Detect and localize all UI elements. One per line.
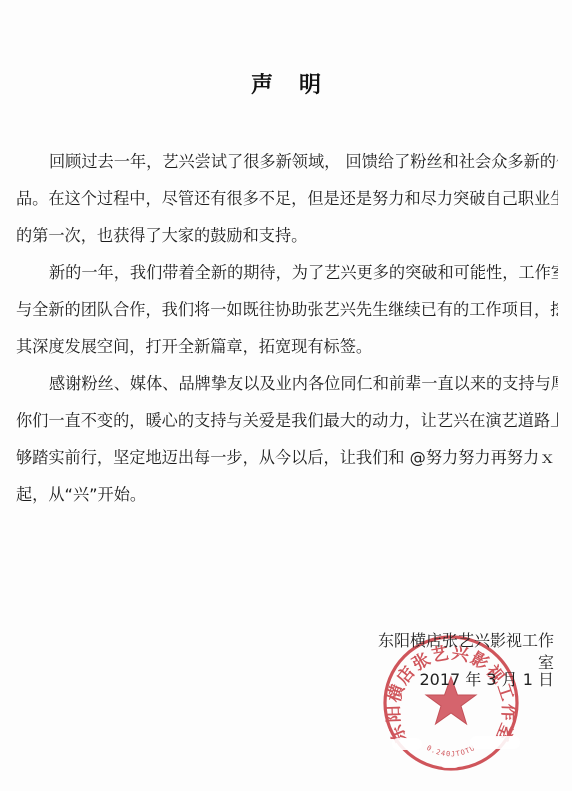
seal-serial-text: 0.240JTOTU [425, 744, 477, 758]
title-char-2: 明 [299, 73, 321, 98]
paragraph-line: 起，从“兴”开始。 [16, 476, 558, 513]
seal-smudge [470, 736, 520, 749]
seal-smudge [440, 758, 460, 768]
paragraph-line: 感谢粉丝、媒体、品牌挚友以及业内各位同仁和前辈一直以来的支持与厚爱， [16, 365, 558, 402]
svg-text:0.240JTOTU: 0.240JTOTU [425, 744, 477, 758]
paragraph-line: 品。在这个过程中，尽管还有很多不足，但是还是努力和尽力突破自己职业生涯 [16, 180, 558, 217]
signature-date: 2017 年 3 月 1 日 [400, 669, 554, 691]
paragraph-line: 的第一次，也获得了大家的鼓励和支持。 [16, 217, 558, 254]
document-title: 声明 [0, 73, 572, 99]
seal-smudge [392, 738, 422, 750]
signature-studio-name: 东阳横店张艺兴影视工作室 [368, 630, 554, 674]
paragraph-line: 其深度发展空间，打开全新篇章，拓宽现有标签。 [16, 328, 558, 365]
paragraph-3: 感谢粉丝、媒体、品牌挚友以及业内各位同仁和前辈一直以来的支持与厚爱， 你们一直不… [16, 365, 558, 513]
paragraph-1: 回顾过去一年，艺兴尝试了很多新领域， 回馈给了粉丝和社会众多新的作 品。在这个过… [16, 143, 558, 254]
title-char-1: 声 [251, 73, 273, 98]
paragraph-line: 够踏实前行，坚定地迈出每一步，从今以后，让我们和 @努力努力再努力ｘ 一 [16, 439, 558, 476]
paragraph-line: 与全新的团队合作，我们将一如既往协助张艺兴先生继续已有的工作项目，挖掘 [16, 291, 558, 328]
paragraph-line: 新的一年，我们带着全新的期待，为了艺兴更多的突破和可能性，工作室将 [16, 254, 558, 291]
paragraph-line: 你们一直不变的，暖心的支持与关爱是我们最大的动力，让艺兴在演艺道路上能 [16, 402, 558, 439]
document-page: 声明 回顾过去一年，艺兴尝试了很多新领域， 回馈给了粉丝和社会众多新的作 品。在… [0, 0, 572, 791]
paragraph-line: 回顾过去一年，艺兴尝试了很多新领域， 回馈给了粉丝和社会众多新的作 [16, 143, 558, 180]
paragraph-2: 新的一年，我们带着全新的期待，为了艺兴更多的突破和可能性，工作室将 与全新的团队… [16, 254, 558, 365]
